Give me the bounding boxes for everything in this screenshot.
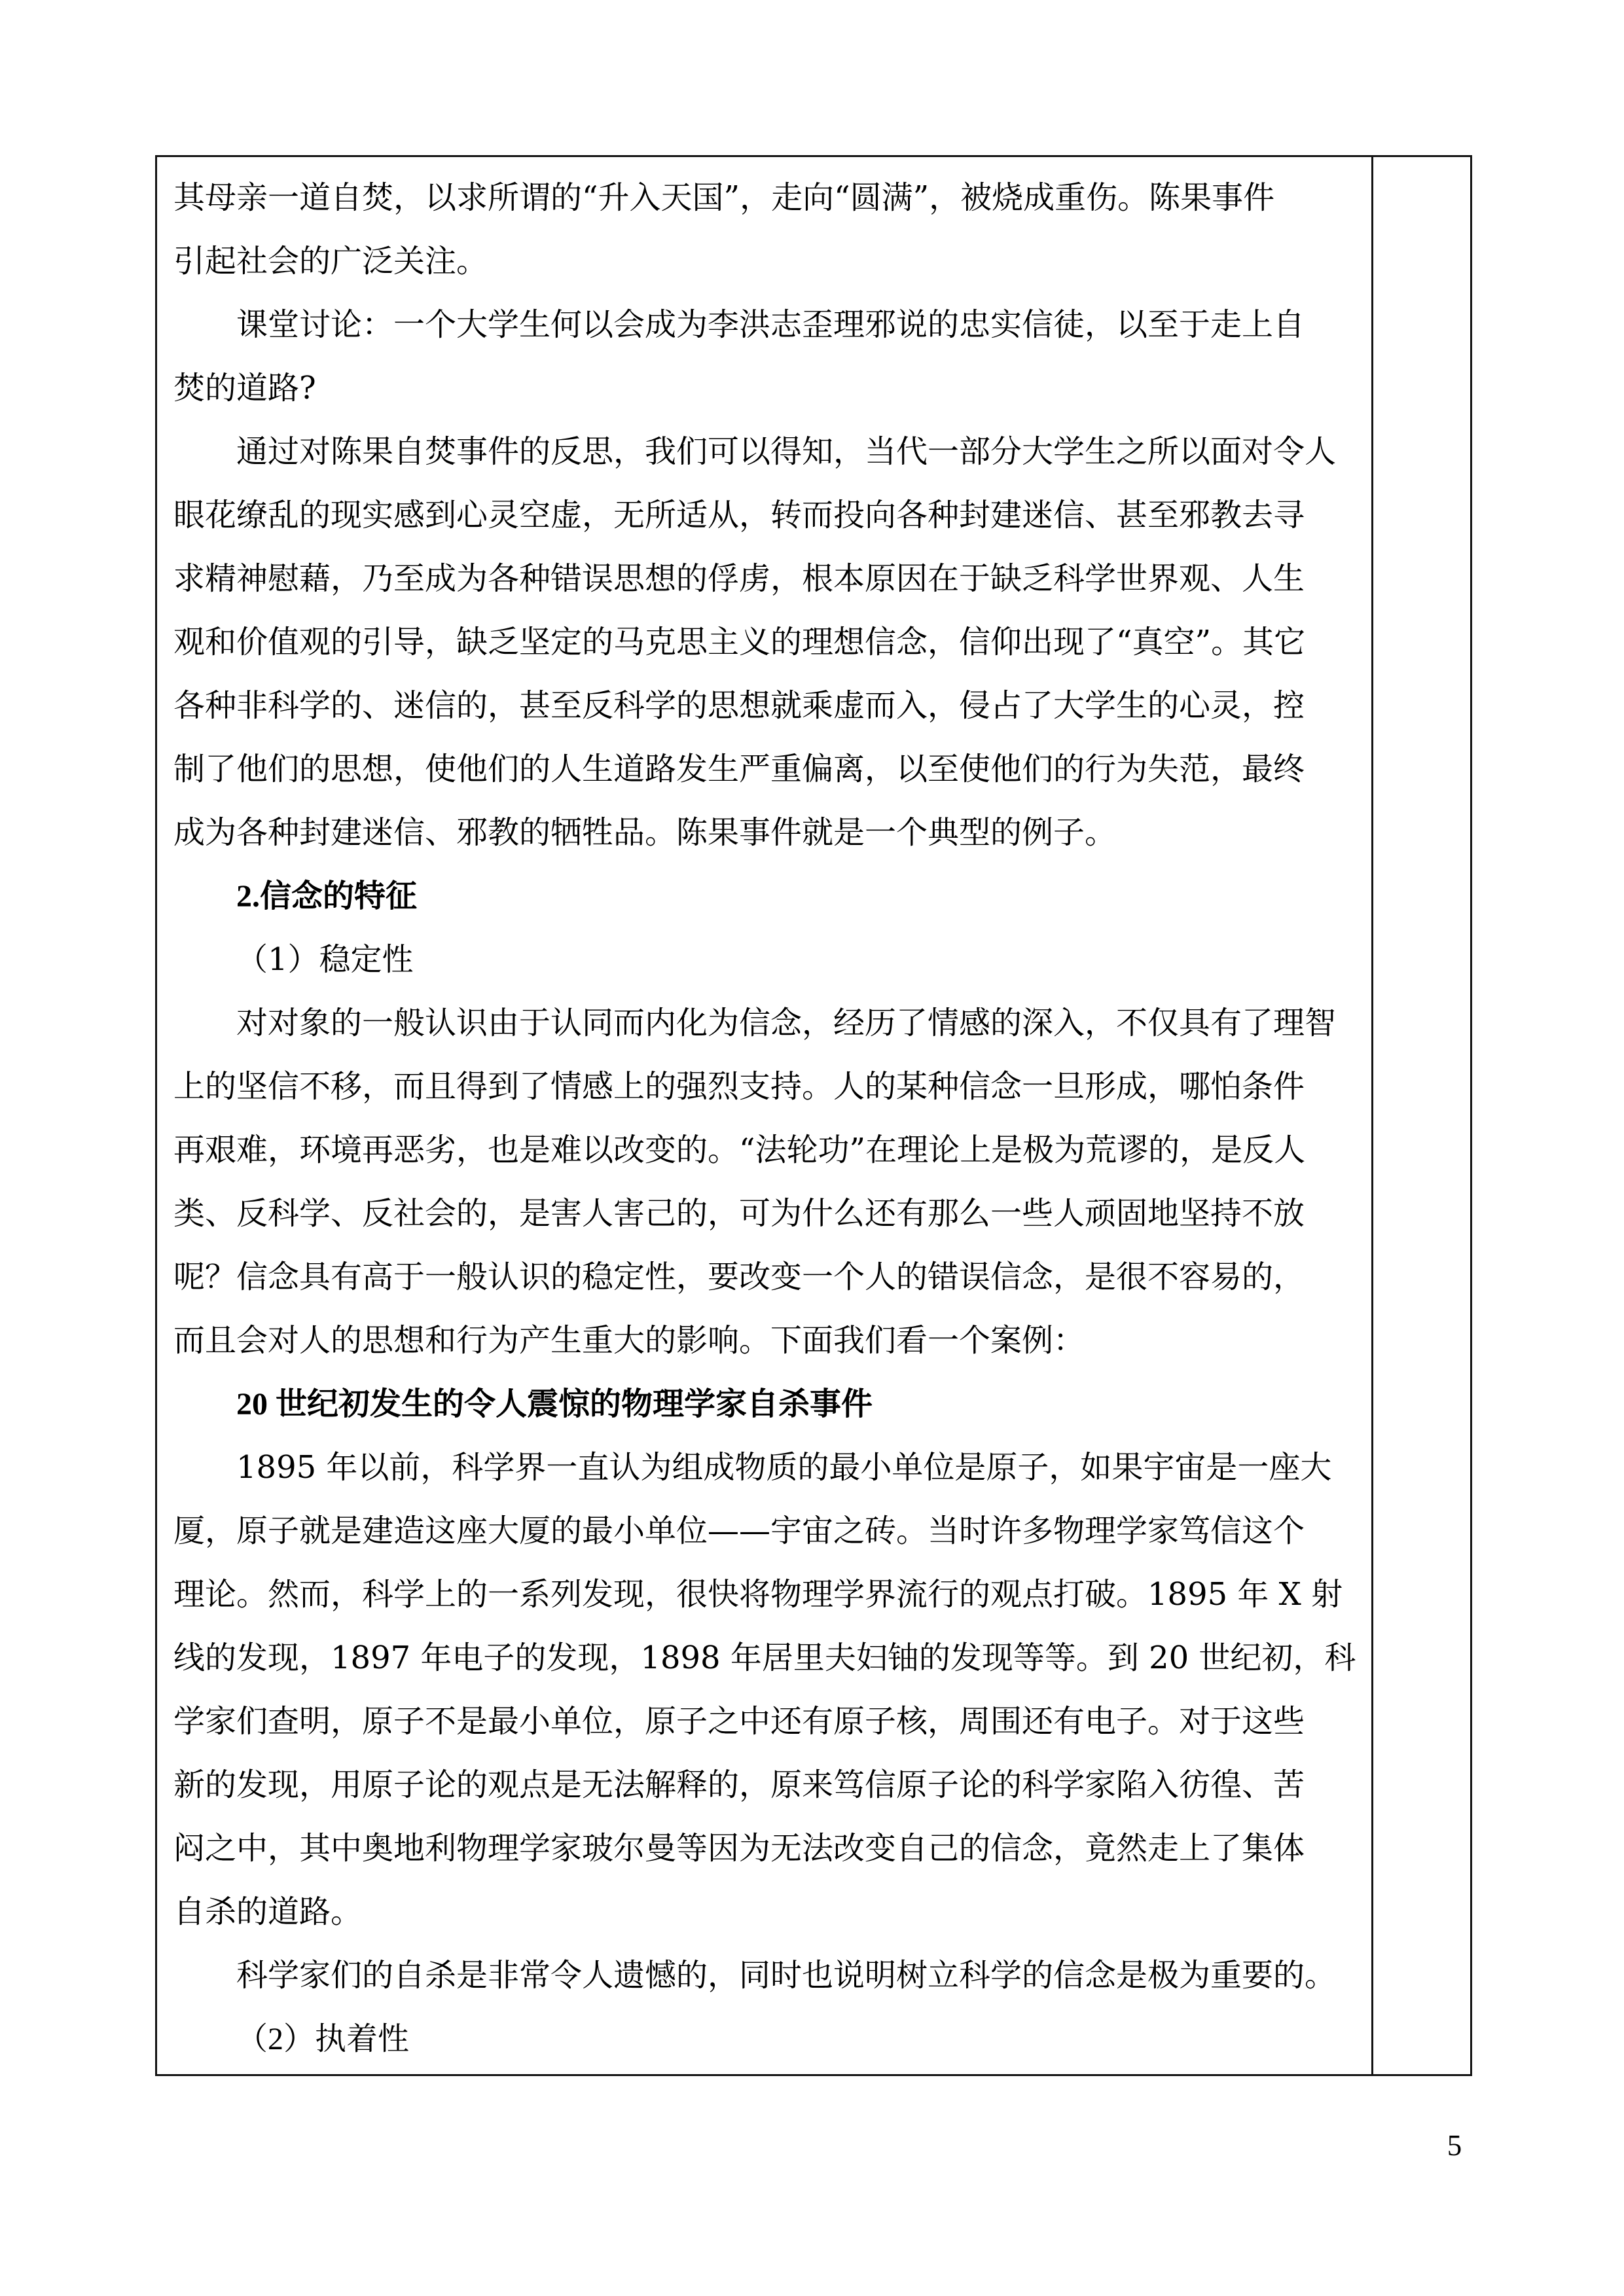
text-line: 而且会对人的思想和行为产生重大的影响。下面我们看一个案例：: [173, 1309, 1360, 1372]
main-text-cell: 其母亲一道自焚，以求所谓的“升入天国”，走向“圆满”，被烧成重伤。陈果事件引起社…: [157, 157, 1373, 2074]
text-line: 科学家们的自杀是非常令人遗憾的，同时也说明树立科学的信念是极为重要的。: [173, 1944, 1360, 2007]
text-line: 20 世纪初发生的令人震惊的物理学家自杀事件: [173, 1372, 1360, 1436]
text-line: 上的坚信不移，而且得到了情感上的强烈支持。人的某种信念一旦形成，哪怕条件: [173, 1055, 1360, 1119]
text-line: 眼花缭乱的现实感到心灵空虚，无所适从，转而投向各种封建迷信、甚至邪教去寻: [173, 484, 1360, 547]
side-note-cell: [1373, 157, 1470, 2074]
content-table: 其母亲一道自焚，以求所谓的“升入天国”，走向“圆满”，被烧成重伤。陈果事件引起社…: [155, 155, 1472, 2076]
document-page: { "page": { "number": "5" }, "colors": {…: [0, 0, 1624, 2296]
text-line: 其母亲一道自焚，以求所谓的“升入天国”，走向“圆满”，被烧成重伤。陈果事件: [173, 166, 1360, 230]
text-line: 各种非科学的、迷信的，甚至反科学的思想就乘虚而入，侵占了大学生的心灵，控: [173, 674, 1360, 738]
text-line: 焚的道路?: [173, 357, 1360, 420]
text-line: 学家们查明，原子不是最小单位，原子之中还有原子核，周围还有电子。对于这些: [173, 1690, 1360, 1753]
text-line: 自杀的道路。: [173, 1880, 1360, 1944]
text-line: 观和价值观的引导，缺乏坚定的马克思主义的理想信念，信仰出现了“真空”。其它: [173, 611, 1360, 674]
text-line: 课堂讨论：一个大学生何以会成为李洪志歪理邪说的忠实信徒，以至于走上自: [173, 293, 1360, 357]
text-line: 线的发现，1897 年电子的发现，1898 年居里夫妇铀的发现等等。到 20 世…: [173, 1626, 1360, 1690]
text-line: 信念的稳定往往带来情感上的执著。人们的认识既可能是正确的，也可能是错误: [173, 2071, 1360, 2074]
text-line: 类、反科学、反社会的，是害人害己的，可为什么还有那么一些人顽固地坚持不放: [173, 1182, 1360, 1246]
text-line: （2）执着性: [173, 2007, 1360, 2071]
text-line: 制了他们的思想，使他们的人生道路发生严重偏离，以至使他们的行为失范，最终: [173, 738, 1360, 801]
text-line: 对对象的一般认识由于认同而内化为信念，经历了情感的深入，不仅具有了理智: [173, 992, 1360, 1055]
text-line: 求精神慰藉，乃至成为各种错误思想的俘虏，根本原因在于缺乏科学世界观、人生: [173, 547, 1360, 611]
text-line: 厦，原子就是建造这座大厦的最小单位——宇宙之砖。当时许多物理学家笃信这个: [173, 1499, 1360, 1563]
text-line: 成为各种封建迷信、邪教的牺牲品。陈果事件就是一个典型的例子。: [173, 801, 1360, 865]
text-line: 呢？信念具有高于一般认识的稳定性，要改变一个人的错误信念，是很不容易的，: [173, 1246, 1360, 1309]
text-line: （1）稳定性: [173, 928, 1360, 992]
text-line: 1895 年以前，科学界一直认为组成物质的最小单位是原子，如果宇宙是一座大: [173, 1436, 1360, 1499]
text-line: 理论。然而，科学上的一系列发现，很快将物理学界流行的观点打破。1895 年 X …: [173, 1563, 1360, 1626]
text-line: 2.信念的特征: [173, 865, 1360, 928]
text-line: 新的发现，用原子论的观点是无法解释的，原来笃信原子论的科学家陷入彷徨、苦: [173, 1753, 1360, 1817]
page-number: 5: [1435, 2126, 1474, 2165]
text-line: 再艰难，环境再恶劣，也是难以改变的。“法轮功”在理论上是极为荒谬的，是反人: [173, 1119, 1360, 1182]
text-line: 通过对陈果自焚事件的反思，我们可以得知，当代一部分大学生之所以面对令人: [173, 420, 1360, 484]
text-line: 引起社会的广泛关注。: [173, 230, 1360, 293]
text-line: 闷之中，其中奥地利物理学家玻尔曼等因为无法改变自己的信念，竟然走上了集体: [173, 1817, 1360, 1880]
